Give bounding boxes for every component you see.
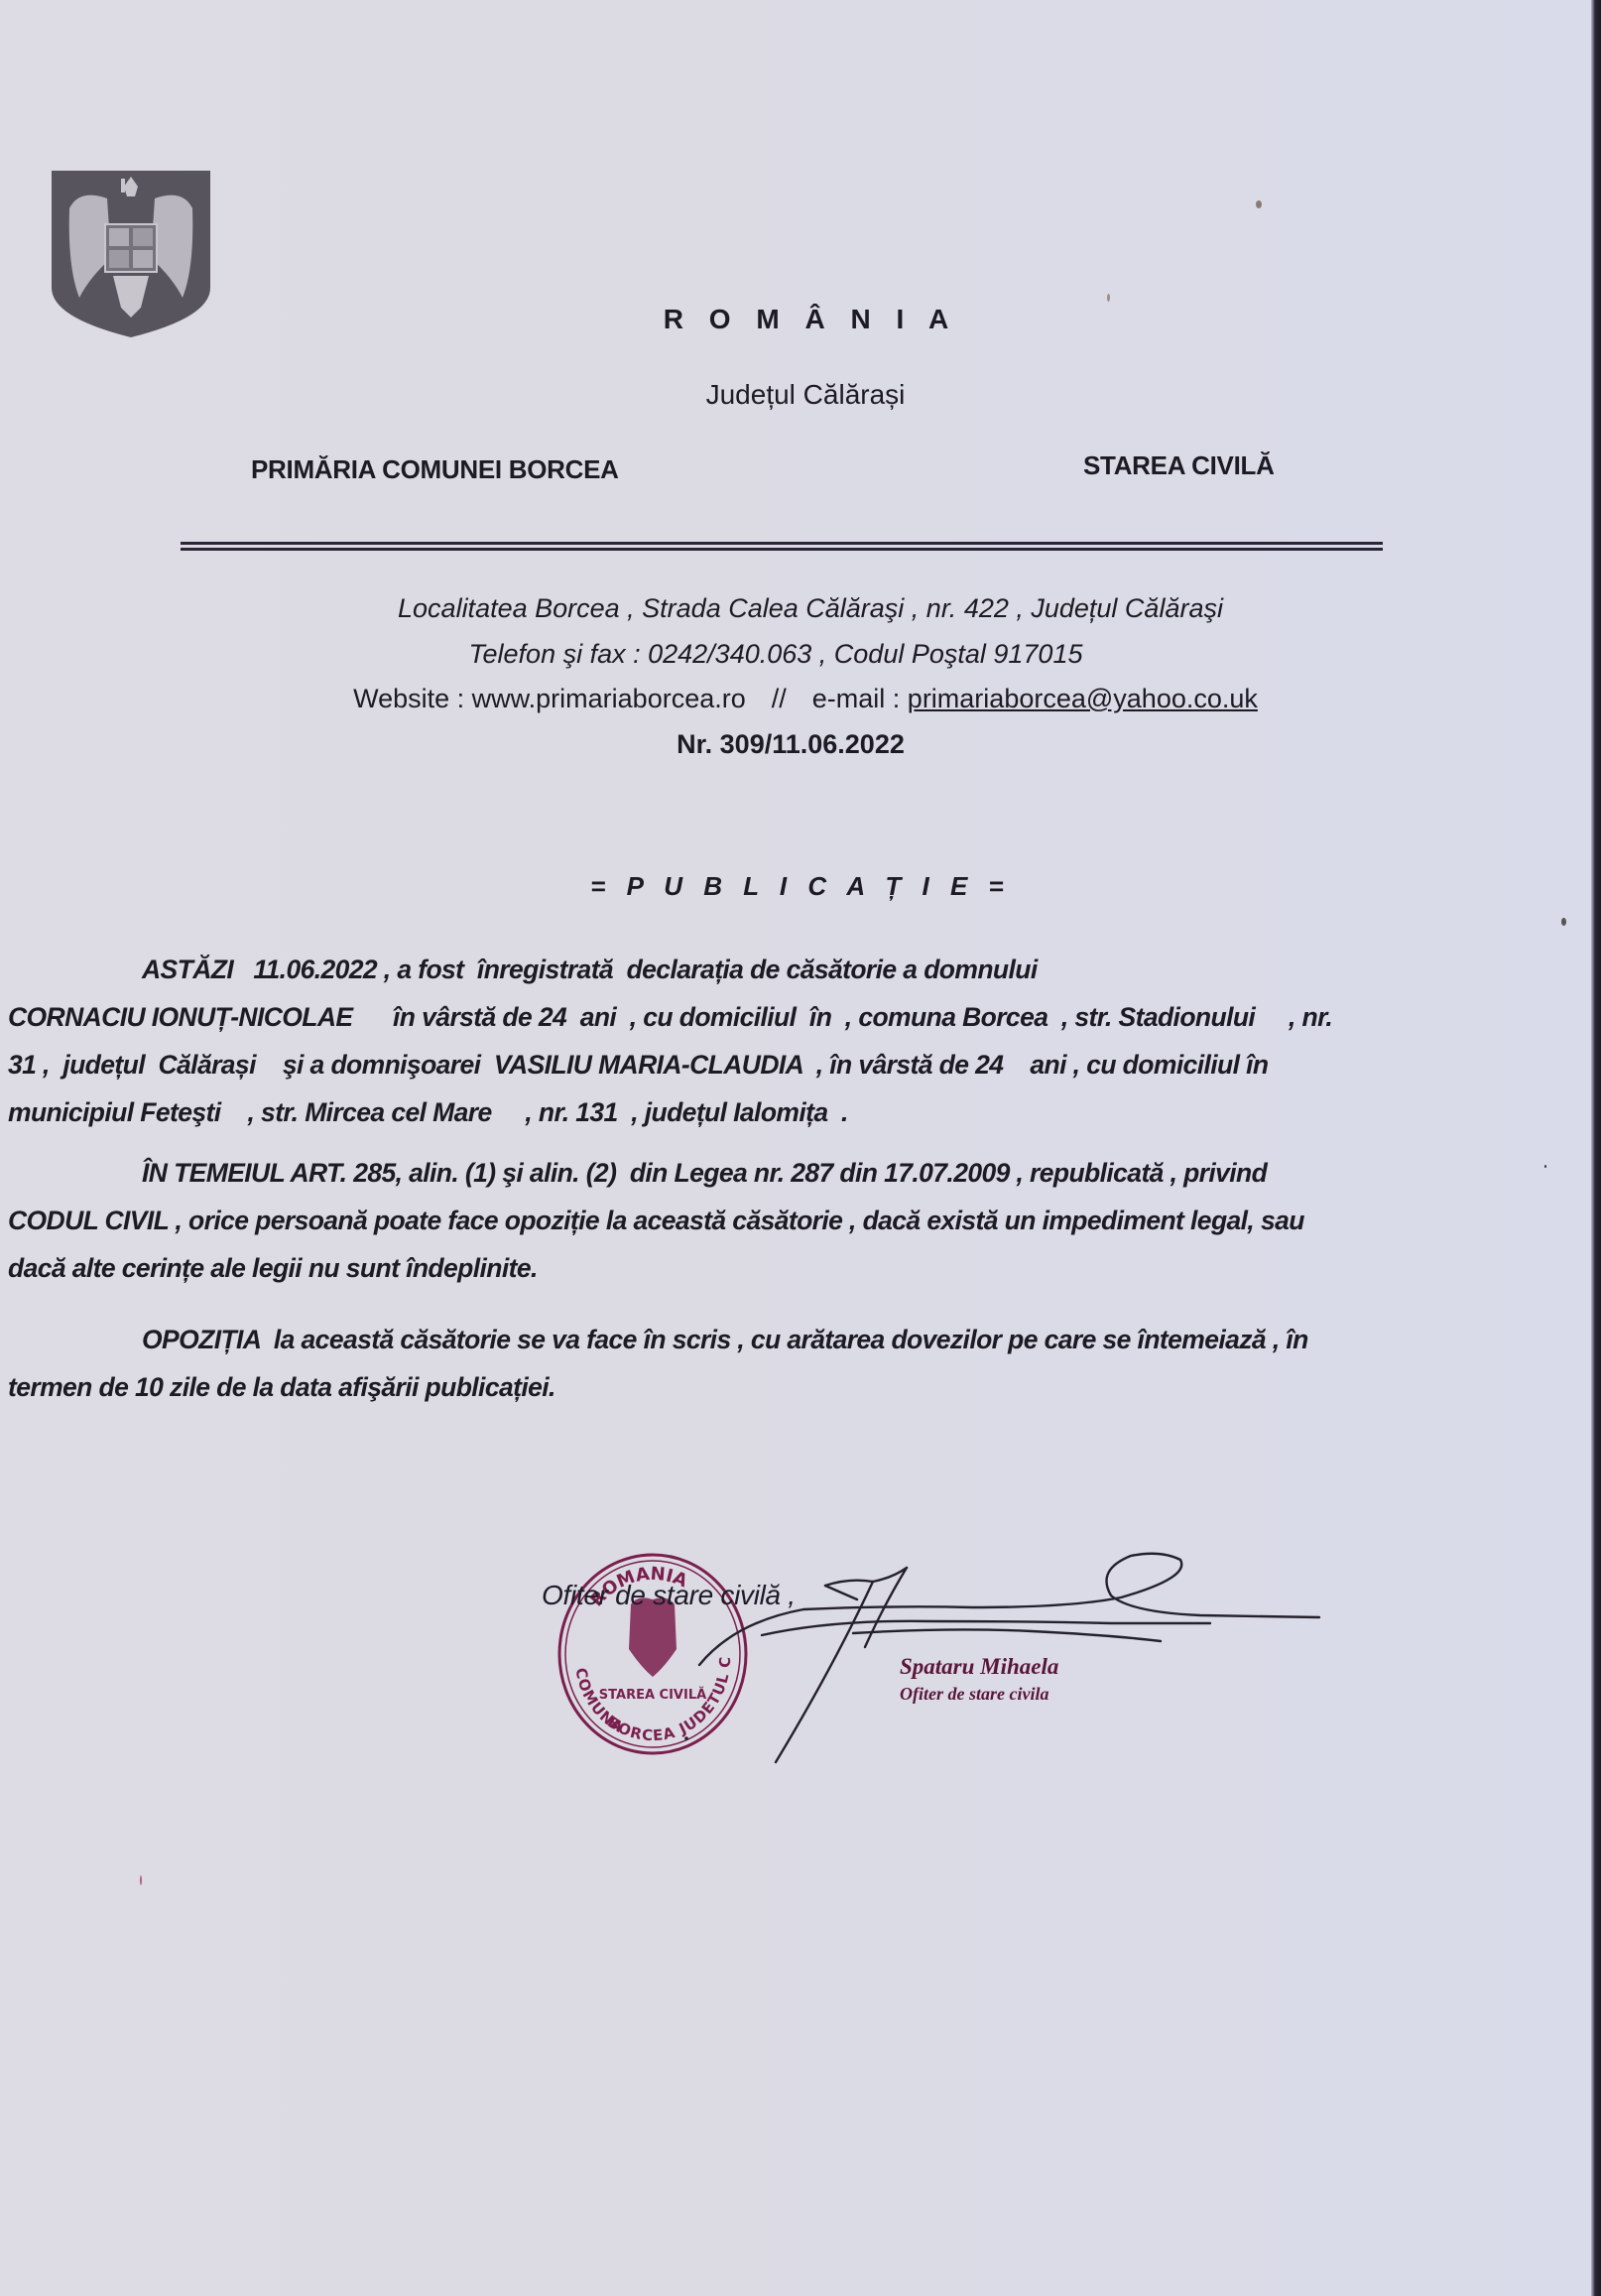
web-contact-line: Website : www.primariaborcea.ro//e-mail …: [0, 684, 1601, 714]
paper-speck: [140, 1875, 142, 1885]
paragraph-legal-basis: ÎN TEMEIUL ART. 285, alin. (1) şi alin. …: [8, 1149, 1476, 1292]
text-line: ÎN TEMEIUL ART. 285, alin. (1) şi alin. …: [8, 1149, 1476, 1197]
paper-speck: [1256, 200, 1262, 208]
signature-block: ROMANIA COMUNA BORCEA JUDETUL CĂLĂRAŞI S…: [516, 1538, 1409, 1796]
header-divider: [181, 542, 1383, 552]
text-line: OPOZIȚIA la această căsătorie se va face…: [8, 1316, 1476, 1363]
text-line: municipiul Feteşti , str. Mircea cel Mar…: [8, 1088, 1476, 1136]
website-link[interactable]: Website : www.primariaborcea.ro: [353, 684, 746, 713]
text-line: CODUL CIVIL , orice persoană poate face …: [8, 1197, 1476, 1244]
county-heading: Județul Călărași: [0, 379, 1601, 411]
phone-line: Telefon şi fax : 0242/340.063 , Codul Po…: [0, 639, 1601, 670]
registration-number: Nr. 309/11.06.2022: [0, 729, 1601, 760]
email-link[interactable]: primariaborcea@yahoo.co.uk: [908, 684, 1258, 713]
institution-name: PRIMĂRIA COMUNEI BORCEA: [251, 454, 619, 485]
document-title: = P U B L I C A Ț I E =: [0, 871, 1601, 902]
paragraph-opposition: OPOZIȚIA la această căsătorie se va face…: [8, 1316, 1476, 1411]
paper-speck: [1107, 294, 1110, 302]
paragraph-declaration: ASTĂZI 11.06.2022 , a fost înregistrată …: [8, 946, 1476, 1136]
text-line: 31 , județul Călărași şi a domnişoarei V…: [8, 1041, 1476, 1088]
separator: //: [772, 684, 787, 713]
signer-title: Ofiter de stare civila: [900, 1684, 1048, 1705]
email-label: e-mail :: [812, 684, 908, 713]
scan-edge: [1591, 0, 1601, 2296]
paper-speck: [1561, 918, 1566, 926]
country-heading: R O M Â N I A: [0, 304, 1601, 335]
address-line: Localitatea Borcea , Strada Calea Călăra…: [0, 593, 1601, 624]
department-name: STAREA CIVILĂ: [1083, 450, 1275, 481]
text-line: ASTĂZI 11.06.2022 , a fost înregistrată …: [8, 946, 1476, 993]
paper-speck: [1544, 1165, 1546, 1168]
signer-name: Spataru Mihaela: [900, 1654, 1058, 1680]
document-page: [0, 0, 1591, 2296]
text-line: dacă alte cerințe ale legii nu sunt înde…: [8, 1244, 1476, 1292]
text-line: CORNACIU IONUȚ-NICOLAE în vârstă de 24 a…: [8, 993, 1476, 1041]
text-line: termen de 10 zile de la data afişării pu…: [8, 1363, 1476, 1411]
